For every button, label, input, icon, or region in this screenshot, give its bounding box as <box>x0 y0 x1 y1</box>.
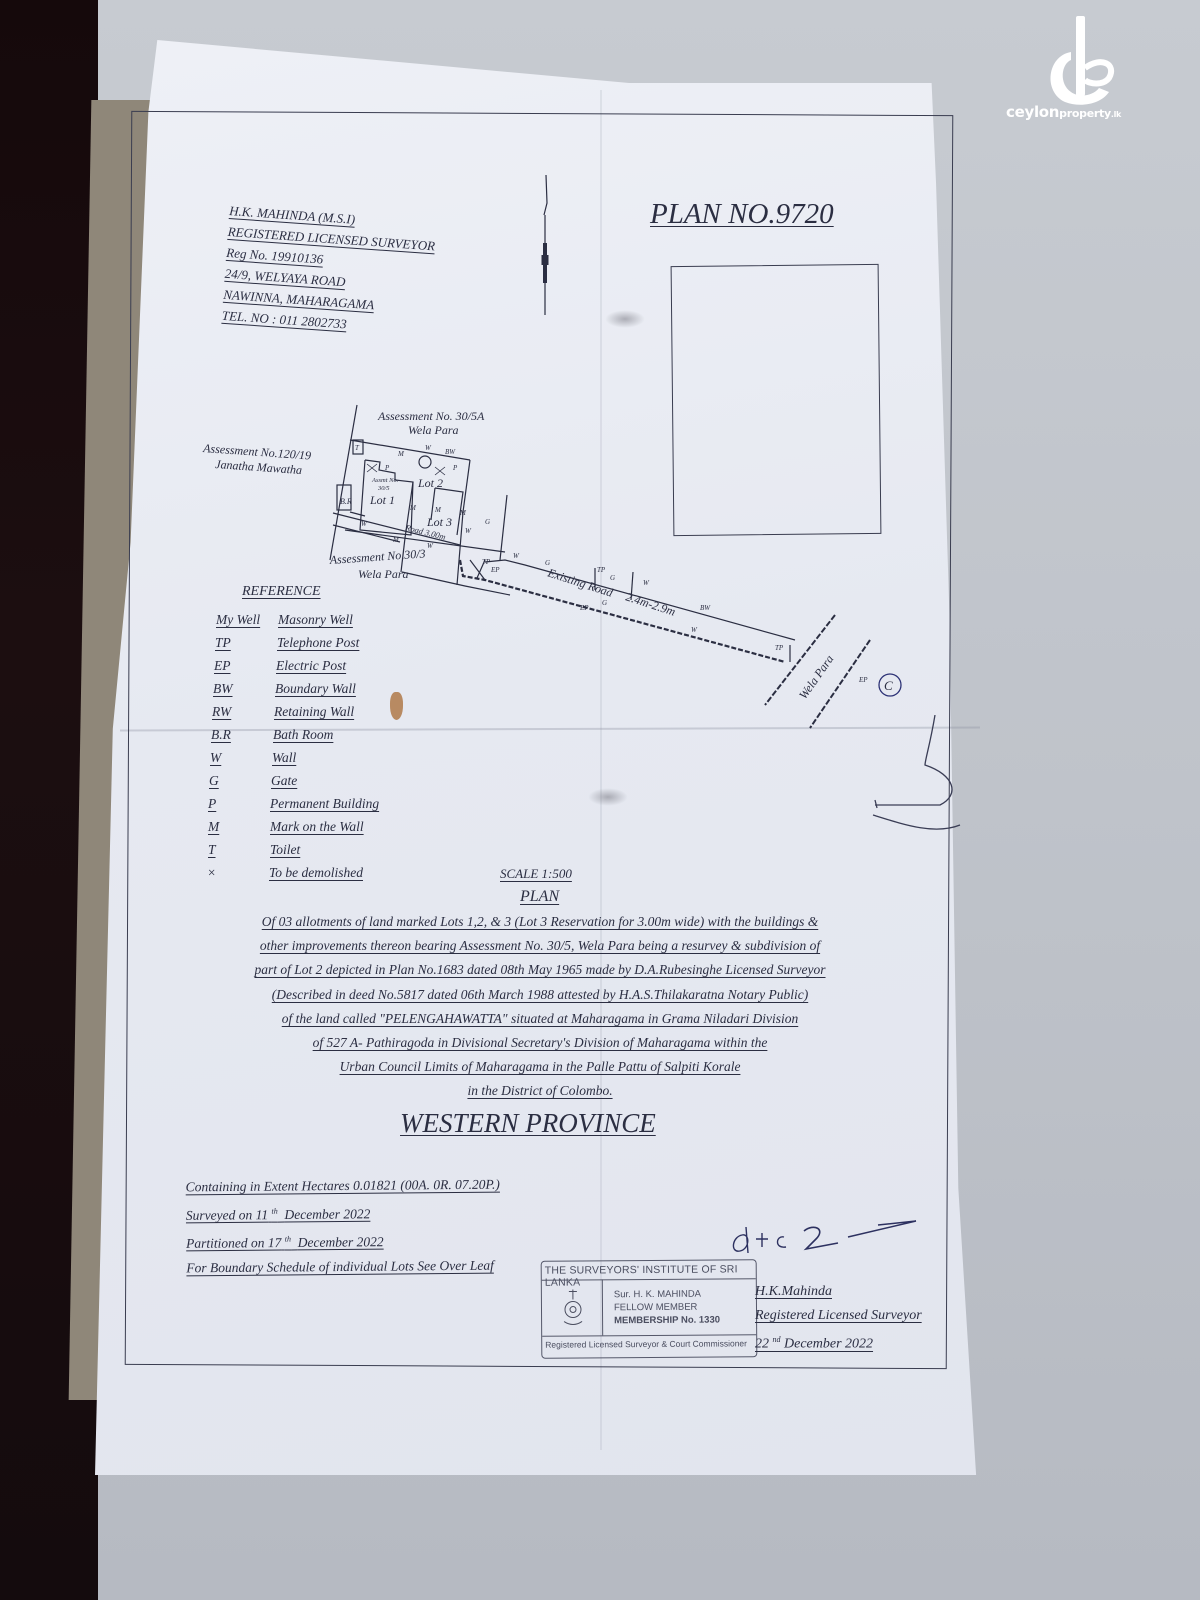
svg-text:BW: BW <box>445 448 456 456</box>
description-line: of the land called "PELENGAHAWATTA" situ… <box>185 1007 895 1031</box>
plan-heading: PLAN <box>520 888 559 906</box>
signature-date: 22 nd December 2022 <box>755 1328 922 1357</box>
svg-text:T: T <box>355 444 360 452</box>
svg-text:B.R: B.R <box>340 497 352 506</box>
label-lot-1: Lot 1 <box>369 493 395 507</box>
label-south-road: Wela Para <box>358 567 409 581</box>
surveyor-header: H.K. MAHINDA (M.S.I) REGISTERED LICENSED… <box>221 200 437 340</box>
svg-text:M: M <box>409 504 417 512</box>
plan-number: PLAN NO.9720 <box>650 198 834 231</box>
svg-text:W: W <box>425 444 432 452</box>
description-line: Of 03 allotments of land marked Lots 1,2… <box>185 910 895 934</box>
north-arrow-icon <box>540 175 550 315</box>
plan-description: Of 03 allotments of land marked Lots 1,2… <box>185 910 895 1104</box>
stamp-footer: Registered Licensed Surveyor & Court Com… <box>545 1338 747 1349</box>
surveyor-signature-block: H.K.Mahinda Registered Licensed Surveyor… <box>755 1280 922 1357</box>
stamp-membership-type: FELLOW MEMBER <box>614 1301 720 1315</box>
description-line: Urban Council Limits of Maharagama in th… <box>185 1055 895 1079</box>
province-heading: WESTERN PROVINCE <box>400 1108 656 1139</box>
svg-text:P: P <box>384 464 390 472</box>
description-line: part of Lot 2 depicted in Plan No.1683 d… <box>185 958 895 982</box>
svg-text:M: M <box>392 536 400 544</box>
partitioned-date: Partitioned on 17 th December 2022 <box>186 1225 500 1256</box>
svg-text:BW: BW <box>700 604 711 612</box>
extent-line: Containing in Extent Hectares 0.01821 (0… <box>186 1173 500 1200</box>
svg-text:TP: TP <box>482 558 491 566</box>
label-lot-3: Lot 3 <box>426 515 452 529</box>
svg-text:W: W <box>513 552 520 560</box>
ceylonproperty-logo-text: ceylonproperty.lk <box>1006 103 1121 121</box>
svg-text:P: P <box>452 464 458 472</box>
stamp-membership-no: MEMBERSHIP No. 1330 <box>614 1314 720 1328</box>
label-south-neighbor: Assessment No.30/3 <box>328 546 426 567</box>
svg-text:W: W <box>427 542 434 550</box>
stamp-member-name: Sur. H. K. MAHINDA <box>614 1288 720 1302</box>
description-line: other improvements thereon bearing Asses… <box>185 934 895 958</box>
svg-text:M: M <box>434 506 442 514</box>
circled-letter: C <box>884 678 893 693</box>
svg-text:G: G <box>485 518 490 526</box>
svg-text:30/5: 30/5 <box>377 485 390 492</box>
stamp-header: THE SURVEYORS' INSTITUTE OF SRI LANKA <box>545 1263 756 1288</box>
svg-text:TP: TP <box>775 644 784 652</box>
svg-text:G: G <box>610 574 615 582</box>
signature-name: H.K.Mahinda <box>755 1280 922 1304</box>
boundary-note: For Boundary Schedule of individual Lots… <box>186 1253 500 1280</box>
svg-text:G: G <box>602 599 607 607</box>
surveyor-institute-stamp: THE SURVEYORS' INSTITUTE OF SRI LANKA Su… <box>541 1259 758 1359</box>
svg-text:M: M <box>397 450 405 458</box>
svg-text:W: W <box>691 626 698 634</box>
svg-text:G: G <box>545 559 550 567</box>
description-line: of 527 A- Pathiragoda in Divisional Secr… <box>185 1031 895 1055</box>
description-line: (Described in deed No.5817 dated 06th Ma… <box>185 983 895 1007</box>
svg-text:EP: EP <box>490 566 500 574</box>
scale-label: SCALE 1:500 <box>500 866 572 882</box>
label-lot-2: Lot 2 <box>417 476 443 490</box>
label-north-road: Wela Para <box>408 423 459 437</box>
svg-text:EP: EP <box>579 604 589 612</box>
signature-title: Registered Licensed Surveyor <box>755 1304 922 1328</box>
reference-title: REFERENCE <box>242 584 321 600</box>
handwritten-signature <box>728 1215 928 1260</box>
label-north-neighbor: Assessment No. 30/5A <box>377 409 485 423</box>
plan-details: Containing in Extent Hectares 0.01821 (0… <box>186 1173 501 1281</box>
svg-text:W: W <box>465 527 472 535</box>
handwritten-3-mark <box>855 715 965 845</box>
svg-text:Assmt No.: Assmt No. <box>371 477 399 484</box>
svg-text:W: W <box>643 579 650 587</box>
institute-emblem-icon <box>560 1287 586 1327</box>
svg-text:TP: TP <box>597 566 606 574</box>
svg-text:M: M <box>459 509 467 517</box>
description-line: in the District of Colombo. <box>185 1079 895 1103</box>
label-road-width: 2.4m-2.9m <box>624 590 677 619</box>
svg-text:EP: EP <box>858 676 868 684</box>
label-main-road: Wela Para <box>796 652 836 701</box>
surveyed-date: Surveyed on 11 th December 2022 <box>186 1197 500 1228</box>
